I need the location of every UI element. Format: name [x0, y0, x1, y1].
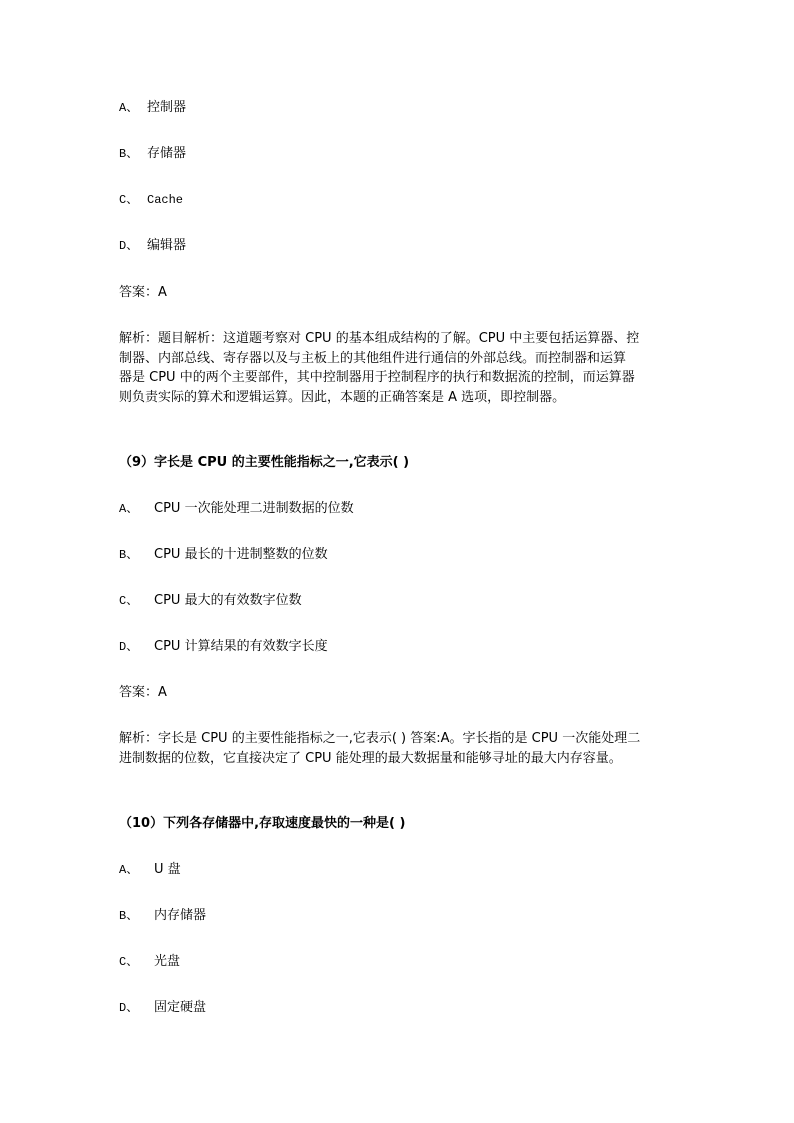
option-letter: A、 [119, 500, 154, 518]
q9-title: （9）字长是 CPU 的主要性能指标之一,它表示( ) [119, 454, 409, 472]
q9-option-c: C、CPU 最大的有效数字位数 [119, 592, 302, 610]
option-text: 编辑器 [147, 237, 186, 255]
option-text: Cache [147, 191, 183, 209]
option-letter: D、 [119, 237, 147, 255]
option-letter: D、 [119, 999, 154, 1017]
option-letter: C、 [119, 953, 154, 971]
q10-option-b: B、内存储器 [119, 907, 206, 925]
q9-option-a: A、CPU 一次能处理二进制数据的位数 [119, 500, 354, 518]
analysis-line: 解析：字长是 CPU 的主要性能指标之一,它表示( ) 答案:A。字长指的是 C… [119, 729, 679, 749]
option-text: 固定硬盘 [154, 999, 206, 1017]
option-text: U 盘 [154, 861, 181, 879]
option-text: CPU 计算结果的有效数字长度 [154, 638, 328, 656]
q9-option-b: B、CPU 最长的十进制整数的位数 [119, 546, 328, 564]
option-text: 光盘 [154, 953, 180, 971]
q8-option-c: C、Cache [119, 191, 183, 209]
option-letter: B、 [119, 145, 147, 163]
q10-title: （10）下列各存储器中,存取速度最快的一种是( ) [119, 815, 405, 833]
q9-answer: 答案：A [119, 684, 167, 702]
analysis-line: 解析：题目解析：这道题考察对 CPU 的基本组成结构的了解。CPU 中主要包括运… [119, 329, 679, 349]
option-letter: A、 [119, 99, 147, 117]
q9-option-d: D、CPU 计算结果的有效数字长度 [119, 638, 328, 656]
analysis-line: 制器、内部总线、寄存器以及与主板上的其他组件进行通信的外部总线。而控制器和运算 [119, 349, 679, 369]
option-letter: A、 [119, 861, 154, 879]
option-letter: C、 [119, 592, 154, 610]
option-letter: D、 [119, 638, 154, 656]
option-letter: C、 [119, 191, 147, 209]
q8-option-b: B、存储器 [119, 145, 186, 163]
option-text: CPU 最长的十进制整数的位数 [154, 546, 328, 564]
option-letter: B、 [119, 546, 154, 564]
q8-option-d: D、编辑器 [119, 237, 186, 255]
option-text: 内存储器 [154, 907, 206, 925]
q10-option-d: D、固定硬盘 [119, 999, 206, 1017]
option-text: CPU 最大的有效数字位数 [154, 592, 302, 610]
option-text: 控制器 [147, 99, 186, 117]
q8-answer: 答案：A [119, 284, 167, 302]
option-letter: B、 [119, 907, 154, 925]
q10-option-a: A、U 盘 [119, 861, 181, 879]
analysis-line: 器是 CPU 中的两个主要部件，其中控制器用于控制程序的执行和数据流的控制，而运… [119, 368, 679, 388]
document-page: A、控制器 B、存储器 C、Cache D、编辑器 答案：A 解析：题目解析：这… [0, 0, 794, 1123]
option-text: CPU 一次能处理二进制数据的位数 [154, 500, 354, 518]
q8-option-a: A、控制器 [119, 99, 186, 117]
q10-option-c: C、光盘 [119, 953, 180, 971]
q9-analysis: 解析：字长是 CPU 的主要性能指标之一,它表示( ) 答案:A。字长指的是 C… [119, 729, 679, 768]
analysis-line: 则负责实际的算术和逻辑运算。因此，本题的正确答案是 A 选项，即控制器。 [119, 388, 679, 408]
analysis-line: 进制数据的位数，它直接决定了 CPU 能处理的最大数据量和能够寻址的最大内存容量… [119, 749, 679, 769]
q8-analysis: 解析：题目解析：这道题考察对 CPU 的基本组成结构的了解。CPU 中主要包括运… [119, 329, 679, 407]
option-text: 存储器 [147, 145, 186, 163]
